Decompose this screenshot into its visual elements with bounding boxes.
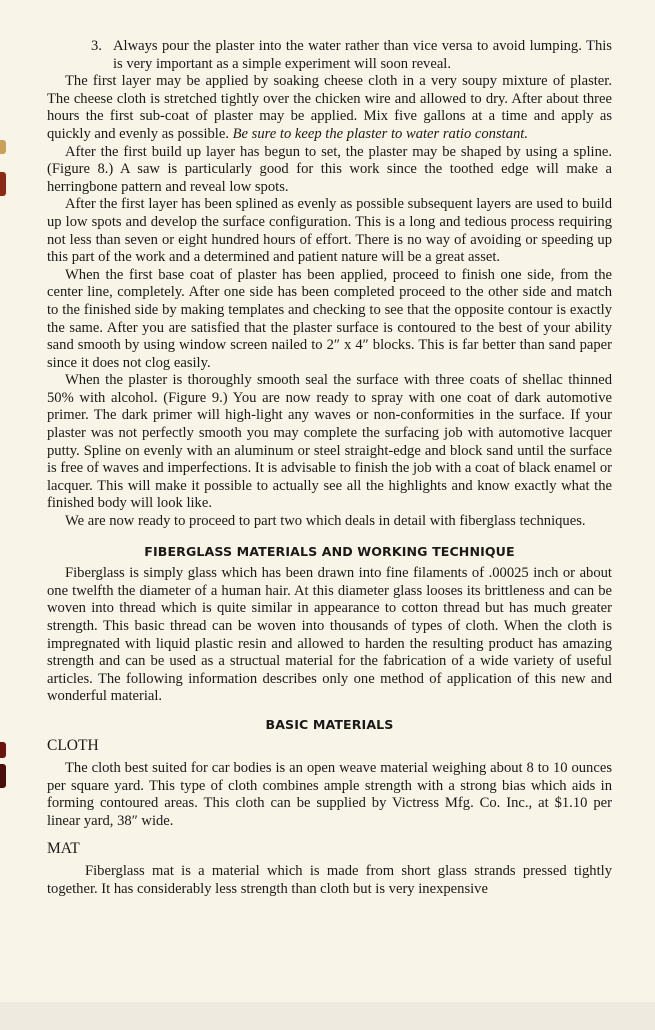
paragraph: The first layer may be applied by soakin… [47,73,612,143]
paragraph: After the first build up layer has begun… [47,144,612,197]
paragraph: When the plaster is thoroughly smooth se… [47,372,612,513]
paragraph: We are now ready to proceed to part two … [47,513,612,531]
document-body: 3.Always pour the plaster into the water… [47,38,612,898]
list-item-3: 3.Always pour the plaster into the water… [47,38,612,73]
binding-edge-mark [0,172,6,196]
paragraph: When the first base coat of plaster has … [47,267,612,373]
list-number: 3. [91,38,113,56]
list-item-text: Always pour the plaster into the water r… [113,38,612,72]
paragraph: The cloth best suited for car bodies is … [47,760,612,830]
paragraph: After the first layer has been splined a… [47,196,612,266]
binding-edge-mark [0,764,6,788]
document-page: 3.Always pour the plaster into the water… [0,0,655,1002]
paragraph: Fiberglass mat is a material which is ma… [47,863,612,898]
subsection-title: MAT [47,840,612,858]
emphasis-text: Be sure to keep the plaster to water rat… [233,126,528,142]
page-bottom-edge [0,1002,655,1030]
binding-edge-mark [0,742,6,758]
binding-edge-mark [0,140,6,154]
section-heading: FIBERGLASS MATERIALS AND WORKING TECHNIQ… [47,543,612,561]
paragraph: Fiberglass is simply glass which has bee… [47,565,612,706]
subsection-title: CLOTH [47,737,612,755]
section-heading: BASIC MATERIALS [47,716,612,734]
